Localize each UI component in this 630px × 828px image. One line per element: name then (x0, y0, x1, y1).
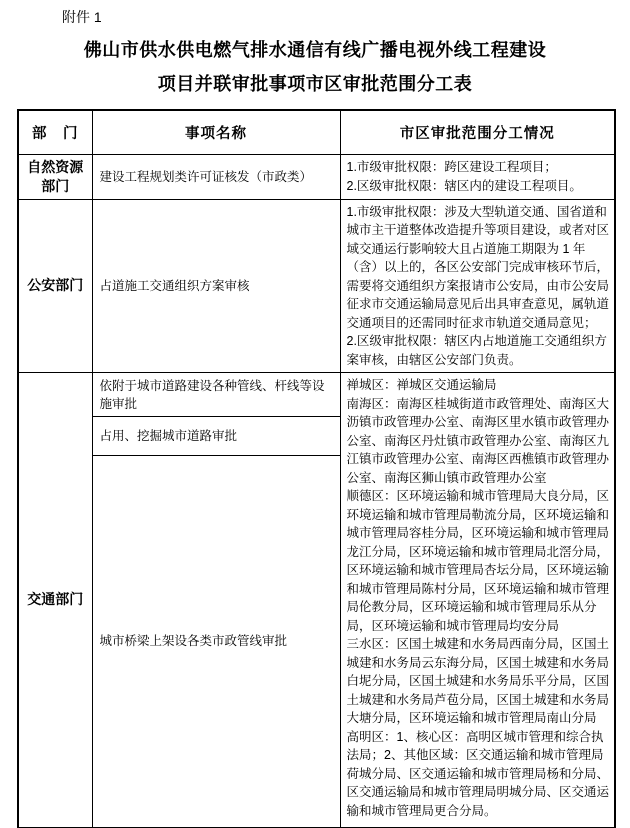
table-header-row: 部 门 事项名称 市区审批范围分工情况 (18, 110, 615, 154)
item-cell-road-occupation-traffic-plan: 占道施工交通组织方案审核 (92, 199, 340, 373)
item-cell-bridge-pipeline-approval: 城市桥梁上架设各类市政管线审批 (92, 456, 340, 828)
document-page: 附件 1 佛山市供水供电燃气排水通信有线广播电视外线工程建设 项目并联审批事项市… (0, 0, 630, 828)
item-cell-planning-permit: 建设工程规划类许可证核发（市政类） (92, 154, 340, 199)
column-header-item-name: 事项名称 (92, 110, 340, 154)
scope-cell-transport: 禅城区：禅城区交通运输局 南海区：南海区桂城街道市政管理处、南海区大沥镇市政管理… (340, 373, 615, 828)
department-cell-public-security: 公安部门 (18, 199, 92, 373)
attachment-label: 附件 1 (62, 8, 630, 26)
item-cell-road-occupation-excavation-approval: 占用、挖掘城市道路审批 (92, 417, 340, 456)
scope-cell-natural-resources: 1.市级审批权限：跨区建设工程项目； 2.区级审批权限：辖区内的建设工程项目。 (340, 154, 615, 199)
scope-cell-public-security: 1.市级审批权限：涉及大型轨道交通、国省道和城市主干道整体改造提升等项目建设，或… (340, 199, 615, 373)
item-cell-pipeline-facilities-approval: 依附于城市道路建设各种管线、杆线等设施审批 (92, 373, 340, 417)
document-title-line2: 项目并联审批事项市区审批范围分工表 (0, 72, 630, 96)
column-header-approval-scope: 市区审批范围分工情况 (340, 110, 615, 154)
table-row-natural-resources: 自然资源部门 建设工程规划类许可证核发（市政类） 1.市级审批权限：跨区建设工程… (18, 154, 615, 199)
approval-scope-table: 部 门 事项名称 市区审批范围分工情况 自然资源部门 建设工程规划类许可证核发（… (17, 109, 616, 828)
table-row-public-security: 公安部门 占道施工交通组织方案审核 1.市级审批权限：涉及大型轨道交通、国省道和… (18, 199, 615, 373)
column-header-department: 部 门 (18, 110, 92, 154)
table-row-transport-1: 交通部门 依附于城市道路建设各种管线、杆线等设施审批 禅城区：禅城区交通运输局 … (18, 373, 615, 417)
department-cell-transport: 交通部门 (18, 373, 92, 828)
document-title-line1: 佛山市供水供电燃气排水通信有线广播电视外线工程建设 (0, 38, 630, 62)
department-cell-natural-resources: 自然资源部门 (18, 154, 92, 199)
